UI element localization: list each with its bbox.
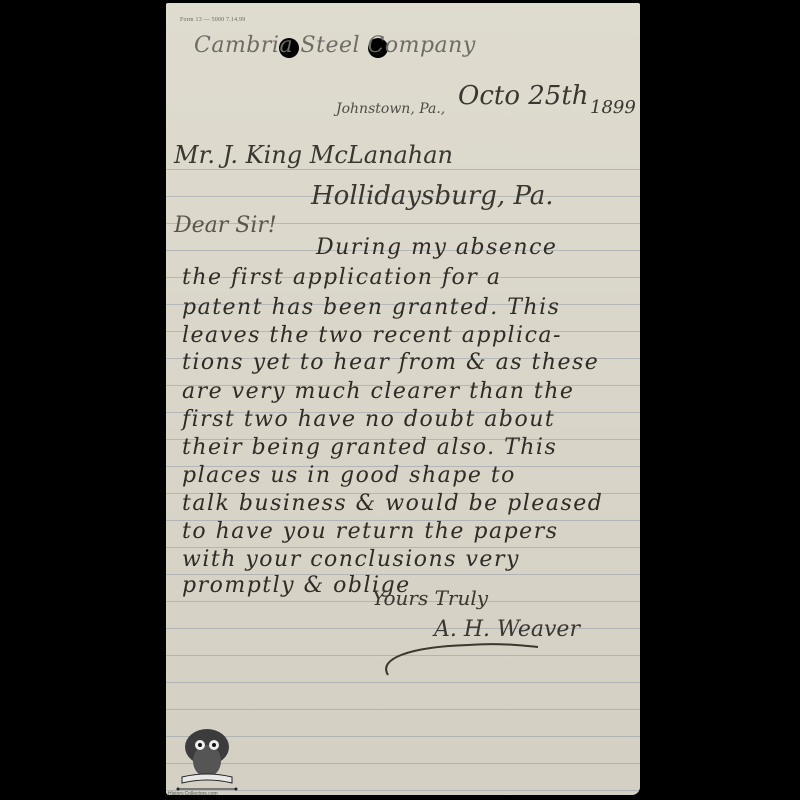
body-line: leaves the two recent applica- — [182, 323, 562, 348]
recipient-location: Hollidaysburg, Pa. — [311, 181, 554, 211]
date-handwritten: Octo 25th — [458, 81, 589, 111]
letterhead-company-name: Cambria Steel Company — [194, 33, 476, 58]
body-line: tions yet to hear from & as these — [182, 350, 599, 375]
body-line: places us in good shape to — [182, 463, 516, 488]
letter-paper: Form 13 — 5000 7.14.99 Cambria Steel Com… — [166, 3, 640, 795]
body-line: patent has been granted. This — [182, 295, 560, 320]
body-line: their being granted also. This — [182, 435, 557, 460]
body-line: to have you return the papers — [182, 519, 559, 544]
photo-stage: Form 13 — 5000 7.14.99 Cambria Steel Com… — [0, 0, 800, 800]
owl-on-books-icon — [174, 721, 240, 795]
body-line: During my absence — [316, 235, 557, 260]
watermark-caption: History.Collectors.com — [168, 791, 218, 795]
salutation: Dear Sir! — [174, 213, 277, 238]
body-line: with your conclusions very — [182, 547, 520, 572]
body-line: talk business & would be pleased — [182, 491, 603, 516]
body-line: first two have no doubt about — [182, 407, 555, 432]
place-printed: Johnstown, Pa., — [336, 101, 445, 117]
closing: Yours Truly — [372, 586, 488, 610]
recipient-name: Mr. J. King McLanahan — [174, 141, 453, 169]
year: 1899 — [590, 97, 636, 118]
body-line: the first application for a — [182, 265, 501, 290]
signature-flourish — [378, 639, 578, 679]
form-number: Form 13 — 5000 7.14.99 — [180, 17, 245, 23]
body-line: are very much clearer than the — [182, 379, 574, 404]
